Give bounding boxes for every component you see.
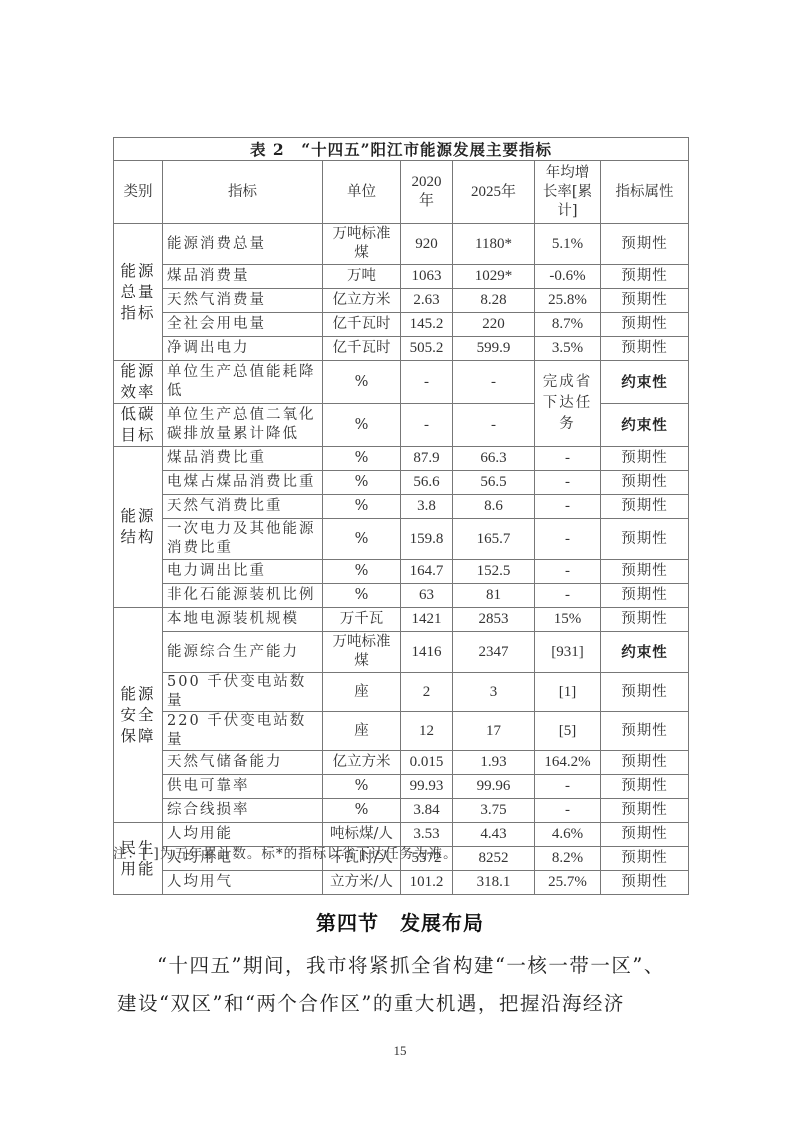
indicator-cell: 供电可靠率	[163, 775, 323, 799]
growth-cell: -	[535, 519, 601, 560]
value-2020: 101.2	[401, 871, 453, 895]
unit-cell: 万吨标准煤	[323, 632, 401, 673]
attribute-cell: 预期性	[601, 447, 689, 471]
unit-cell: 亿立方米	[323, 289, 401, 313]
growth-cell: [5]	[535, 712, 601, 751]
value-2025: 1180*	[453, 224, 535, 265]
growth-cell: -	[535, 584, 601, 608]
table-footnote: 注：[ ]为五年累计数。标*的指标以省下达任务为准。	[113, 842, 458, 862]
header-growth: 年均增长率[累计]	[535, 161, 601, 224]
attribute-cell: 预期性	[601, 751, 689, 775]
value-2020: 87.9	[401, 447, 453, 471]
growth-cell: -	[535, 495, 601, 519]
value-2025: 1.93	[453, 751, 535, 775]
table-row: 供电可靠率 % 99.93 99.96 - 预期性	[114, 775, 689, 799]
value-2025: -	[453, 361, 535, 404]
attribute-cell: 预期性	[601, 673, 689, 712]
value-2020: 99.93	[401, 775, 453, 799]
value-2025: 2853	[453, 608, 535, 632]
value-2020: 0.015	[401, 751, 453, 775]
unit-cell: %	[323, 447, 401, 471]
value-2025: -	[453, 404, 535, 447]
unit-cell: 万千瓦	[323, 608, 401, 632]
category-security: 能源安全保障	[114, 608, 163, 823]
table-row: 能源效率 单位生产总值能耗降低 % - - 完成省下达任务 约束性	[114, 361, 689, 404]
unit-cell: %	[323, 495, 401, 519]
indicator-cell: 天然气储备能力	[163, 751, 323, 775]
attribute-cell: 预期性	[601, 823, 689, 847]
indicator-cell: 天然气消费比重	[163, 495, 323, 519]
growth-cell: 15%	[535, 608, 601, 632]
table-header-row: 类别 指标 单位 2020年 2025年 年均增长率[累计] 指标属性	[114, 161, 689, 224]
table-row: 天然气消费比重 % 3.8 8.6 - 预期性	[114, 495, 689, 519]
header-category: 类别	[114, 161, 163, 224]
category-lowcarbon: 低碳目标	[114, 404, 163, 447]
unit-cell: 立方米/人	[323, 871, 401, 895]
category-efficiency: 能源效率	[114, 361, 163, 404]
body-paragraph-line-1: “十四五”期间，我市将紧抓全省构建“一核一带一区”、	[117, 950, 687, 978]
growth-cell: 164.2%	[535, 751, 601, 775]
attribute-cell: 预期性	[601, 265, 689, 289]
table-row: 能源安全保障 本地电源装机规模 万千瓦 1421 2853 15% 预期性	[114, 608, 689, 632]
table-row: 煤品消费量 万吨 1063 1029* -0.6% 预期性	[114, 265, 689, 289]
unit-cell: 亿千瓦时	[323, 313, 401, 337]
value-2020: -	[401, 404, 453, 447]
value-2020: 1063	[401, 265, 453, 289]
indicator-cell: 220 千伏变电站数量	[163, 712, 323, 751]
indicator-cell: 电力调出比重	[163, 560, 323, 584]
value-2025: 4.43	[453, 823, 535, 847]
attribute-cell: 约束性	[601, 404, 689, 447]
attribute-cell: 约束性	[601, 361, 689, 404]
attribute-cell: 预期性	[601, 560, 689, 584]
attribute-cell: 预期性	[601, 608, 689, 632]
table-row: 综合线损率 % 3.84 3.75 - 预期性	[114, 799, 689, 823]
attribute-cell: 预期性	[601, 712, 689, 751]
body-paragraph-line-2: 建设“双区”和“两个合作区”的重大机遇，把握沿海经济	[117, 988, 687, 1016]
table-row: 能源结构 煤品消费比重 % 87.9 66.3 - 预期性	[114, 447, 689, 471]
attribute-cell: 预期性	[601, 224, 689, 265]
table-row: 500 千伏变电站数量 座 2 3 [1] 预期性	[114, 673, 689, 712]
indicator-cell: 500 千伏变电站数量	[163, 673, 323, 712]
value-2025: 8.6	[453, 495, 535, 519]
value-2025: 8.28	[453, 289, 535, 313]
growth-cell: 8.7%	[535, 313, 601, 337]
unit-cell: 万吨	[323, 265, 401, 289]
energy-indicators-table: 表 2 “十四五”阳江市能源发展主要指标 类别 指标 单位 2020年 2025…	[113, 137, 689, 895]
value-2020: 3.84	[401, 799, 453, 823]
indicator-cell: 本地电源装机规模	[163, 608, 323, 632]
indicator-cell: 人均用气	[163, 871, 323, 895]
unit-cell: 座	[323, 712, 401, 751]
growth-cell: [1]	[535, 673, 601, 712]
indicator-cell: 一次电力及其他能源消费比重	[163, 519, 323, 560]
attribute-cell: 预期性	[601, 799, 689, 823]
unit-cell: %	[323, 560, 401, 584]
attribute-cell: 预期性	[601, 471, 689, 495]
indicator-cell: 能源消费总量	[163, 224, 323, 265]
value-2025: 81	[453, 584, 535, 608]
value-2025: 220	[453, 313, 535, 337]
indicator-cell: 单位生产总值能耗降低	[163, 361, 323, 404]
value-2020: 12	[401, 712, 453, 751]
growth-cell-merged: 完成省下达任务	[535, 361, 601, 447]
value-2025: 152.5	[453, 560, 535, 584]
header-2020: 2020年	[401, 161, 453, 224]
indicator-cell: 非化石能源装机比例	[163, 584, 323, 608]
unit-cell: 亿立方米	[323, 751, 401, 775]
value-2025: 1029*	[453, 265, 535, 289]
value-2025: 599.9	[453, 337, 535, 361]
growth-cell: -0.6%	[535, 265, 601, 289]
section-heading: 第四节 发展布局	[0, 907, 800, 936]
growth-cell: 8.2%	[535, 847, 601, 871]
indicator-cell: 电煤占煤品消费比重	[163, 471, 323, 495]
value-2025: 165.7	[453, 519, 535, 560]
value-2020: 145.2	[401, 313, 453, 337]
value-2020: 3.8	[401, 495, 453, 519]
growth-cell: 3.5%	[535, 337, 601, 361]
table-row: 电煤占煤品消费比重 % 56.6 56.5 - 预期性	[114, 471, 689, 495]
unit-cell: %	[323, 471, 401, 495]
unit-cell: %	[323, 775, 401, 799]
attribute-cell: 预期性	[601, 289, 689, 313]
energy-indicators-table-container: 表 2 “十四五”阳江市能源发展主要指标 类别 指标 单位 2020年 2025…	[113, 137, 688, 895]
page-number: 15	[0, 1043, 800, 1059]
attribute-cell: 预期性	[601, 337, 689, 361]
growth-cell: -	[535, 560, 601, 584]
growth-cell: 5.1%	[535, 224, 601, 265]
value-2025: 66.3	[453, 447, 535, 471]
growth-cell: -	[535, 447, 601, 471]
attribute-cell: 预期性	[601, 775, 689, 799]
value-2025: 318.1	[453, 871, 535, 895]
attribute-cell: 预期性	[601, 313, 689, 337]
value-2020: 2	[401, 673, 453, 712]
growth-cell: -	[535, 799, 601, 823]
indicator-cell: 综合线损率	[163, 799, 323, 823]
value-2020: 63	[401, 584, 453, 608]
header-attribute: 指标属性	[601, 161, 689, 224]
header-2025: 2025年	[453, 161, 535, 224]
table-row: 人均用气 立方米/人 101.2 318.1 25.7% 预期性	[114, 871, 689, 895]
category-structure: 能源结构	[114, 447, 163, 608]
value-2020: 2.63	[401, 289, 453, 313]
value-2020: 159.8	[401, 519, 453, 560]
value-2025: 3	[453, 673, 535, 712]
value-2025: 17	[453, 712, 535, 751]
indicator-cell: 全社会用电量	[163, 313, 323, 337]
attribute-cell: 预期性	[601, 584, 689, 608]
indicator-cell: 煤品消费量	[163, 265, 323, 289]
growth-cell: [931]	[535, 632, 601, 673]
growth-cell: -	[535, 471, 601, 495]
table-row: 天然气消费量 亿立方米 2.63 8.28 25.8% 预期性	[114, 289, 689, 313]
indicator-cell: 能源综合生产能力	[163, 632, 323, 673]
growth-cell: -	[535, 775, 601, 799]
indicator-cell: 煤品消费比重	[163, 447, 323, 471]
attribute-cell: 预期性	[601, 495, 689, 519]
header-indicator: 指标	[163, 161, 323, 224]
table-title: 表 2 “十四五”阳江市能源发展主要指标	[114, 138, 689, 161]
table-row: 电力调出比重 % 164.7 152.5 - 预期性	[114, 560, 689, 584]
attribute-cell: 预期性	[601, 871, 689, 895]
unit-cell: %	[323, 361, 401, 404]
value-2020: 56.6	[401, 471, 453, 495]
unit-cell: %	[323, 404, 401, 447]
unit-cell: 座	[323, 673, 401, 712]
table-row: 净调出电力 亿千瓦时 505.2 599.9 3.5% 预期性	[114, 337, 689, 361]
table-row: 低碳目标 单位生产总值二氧化碳排放量累计降低 % - - 约束性	[114, 404, 689, 447]
attribute-cell: 约束性	[601, 632, 689, 673]
table-row: 全社会用电量 亿千瓦时 145.2 220 8.7% 预期性	[114, 313, 689, 337]
value-2025: 8252	[453, 847, 535, 871]
category-total: 能源总量指标	[114, 224, 163, 361]
value-2025: 56.5	[453, 471, 535, 495]
table-row: 一次电力及其他能源消费比重 % 159.8 165.7 - 预期性	[114, 519, 689, 560]
value-2025: 3.75	[453, 799, 535, 823]
table-row: 能源总量指标 能源消费总量 万吨标准煤 920 1180* 5.1% 预期性	[114, 224, 689, 265]
growth-cell: 25.7%	[535, 871, 601, 895]
attribute-cell: 预期性	[601, 847, 689, 871]
value-2020: 505.2	[401, 337, 453, 361]
table-row: 220 千伏变电站数量 座 12 17 [5] 预期性	[114, 712, 689, 751]
value-2025: 2347	[453, 632, 535, 673]
indicator-cell: 天然气消费量	[163, 289, 323, 313]
value-2020: 164.7	[401, 560, 453, 584]
header-unit: 单位	[323, 161, 401, 224]
value-2025: 99.96	[453, 775, 535, 799]
growth-cell: 4.6%	[535, 823, 601, 847]
table-row: 非化石能源装机比例 % 63 81 - 预期性	[114, 584, 689, 608]
unit-cell: 亿千瓦时	[323, 337, 401, 361]
value-2020: 920	[401, 224, 453, 265]
indicator-cell: 单位生产总值二氧化碳排放量累计降低	[163, 404, 323, 447]
attribute-cell: 预期性	[601, 519, 689, 560]
unit-cell: %	[323, 799, 401, 823]
unit-cell: 万吨标准煤	[323, 224, 401, 265]
unit-cell: %	[323, 519, 401, 560]
value-2020: 1416	[401, 632, 453, 673]
table-row: 天然气储备能力 亿立方米 0.015 1.93 164.2% 预期性	[114, 751, 689, 775]
unit-cell: %	[323, 584, 401, 608]
value-2020: -	[401, 361, 453, 404]
table-row: 能源综合生产能力 万吨标准煤 1416 2347 [931] 约束性	[114, 632, 689, 673]
value-2020: 1421	[401, 608, 453, 632]
growth-cell: 25.8%	[535, 289, 601, 313]
indicator-cell: 净调出电力	[163, 337, 323, 361]
